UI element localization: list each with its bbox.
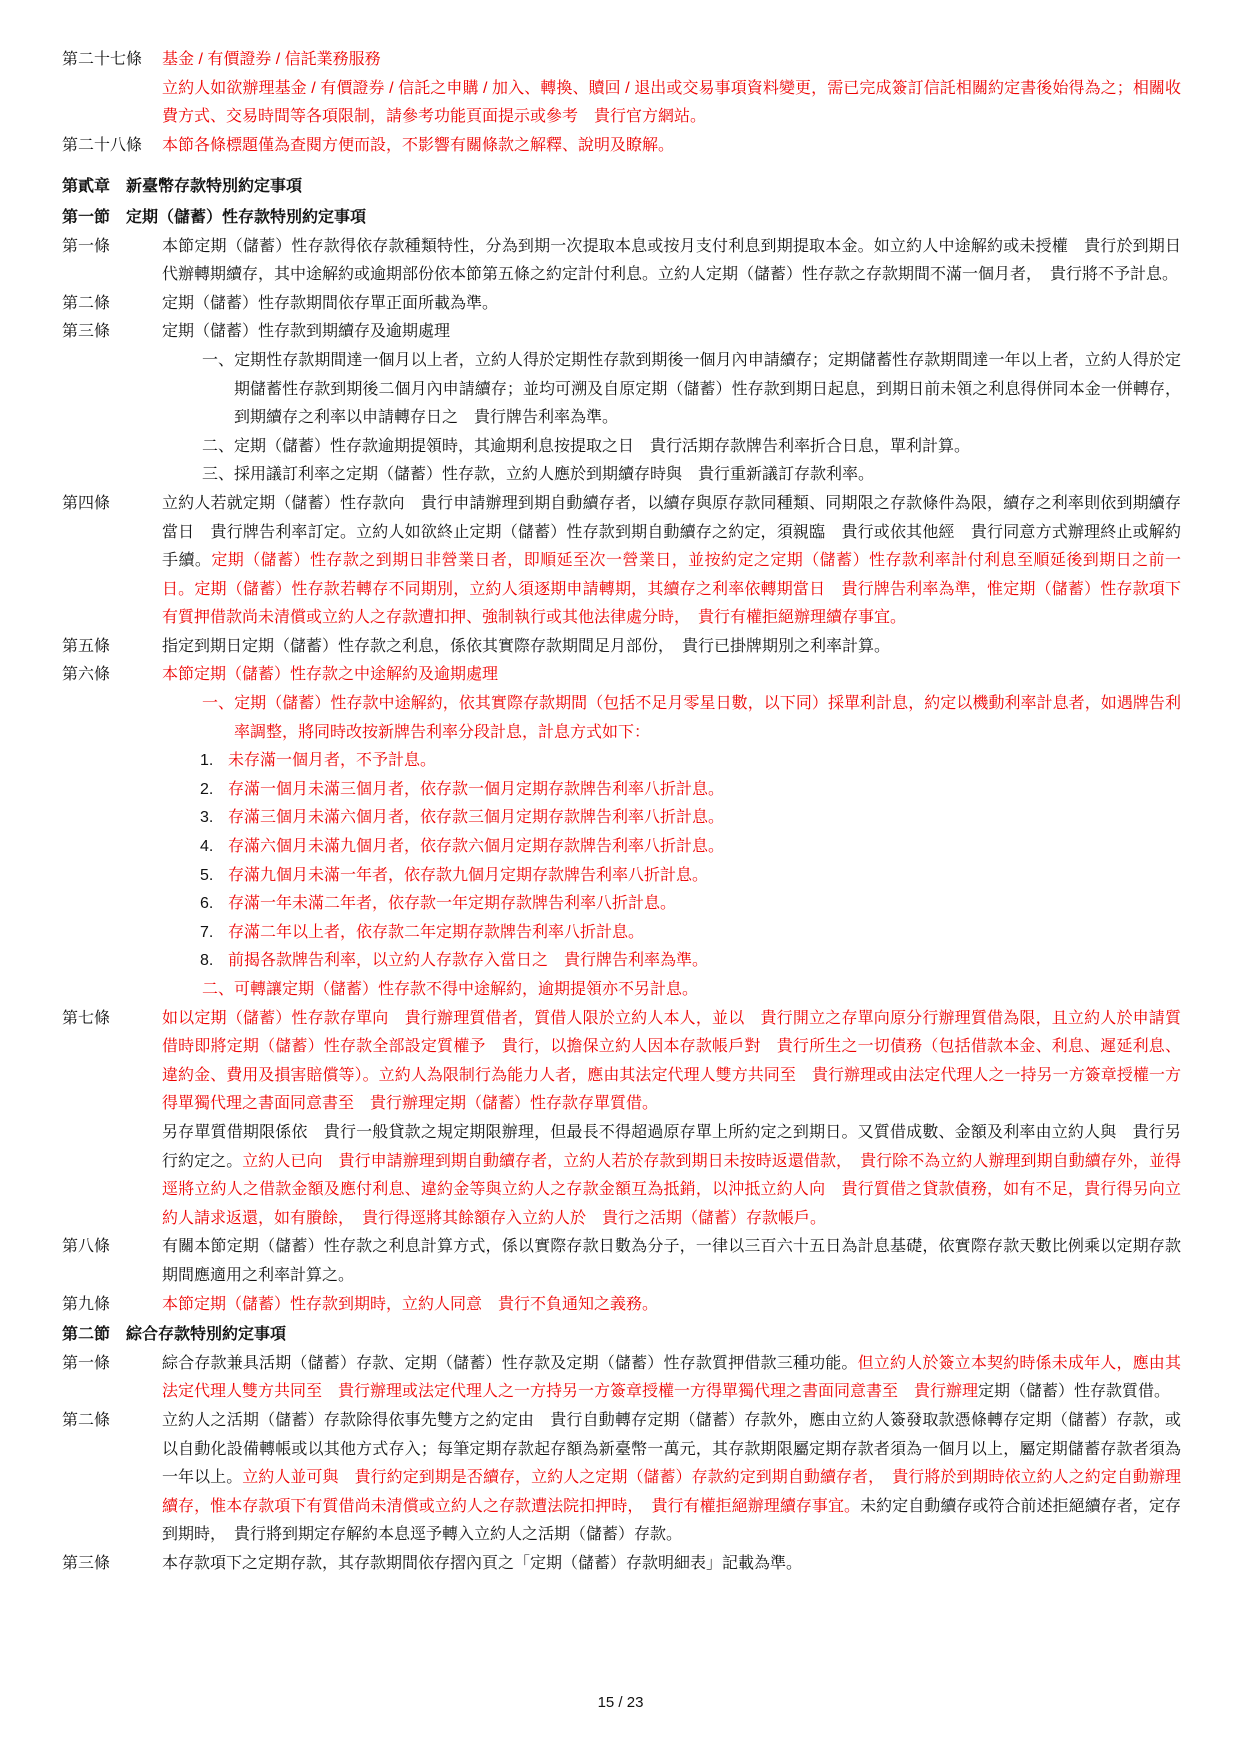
article-text: 一、定期性存款期間達一個月以上者，立約人得於定期性存款到期後一個月內申請續存；定… [162, 347, 1181, 433]
article-label: 第三條 [62, 318, 162, 347]
section-heading: 第一節定期（儲蓄）性存款特別約定事項 [62, 204, 1181, 233]
list-item: 三、採用議訂利率之定期（儲蓄）性存款，立約人應於到期續存時與 貴行重新議訂存款利… [62, 461, 1181, 490]
text-segment: 基金 / 有價證券 / 信託業務服務 [162, 51, 381, 68]
numbered-item: 2.存滿一個月未滿三個月者，依存款一個月定期存款牌告利率八折計息。 [62, 776, 1181, 805]
list-number: 8. [200, 947, 228, 976]
list-number: 2. [200, 776, 228, 805]
article-text: 另存單質借期限係依 貴行一般貸款之規定期限辦理，但最長不得超過原存單上所約定之到… [162, 1119, 1181, 1233]
article-text: 立約人之活期（儲蓄）存款除得依事先雙方之約定由 貴行自動轉存定期（儲蓄）存款外，… [162, 1407, 1181, 1550]
article-text: 本節定期（儲蓄）性存款得依存款種類特性，分為到期一次提取本息或按月支付利息到期提… [162, 233, 1181, 290]
article-label [62, 747, 162, 776]
article-paragraph: 立約人如欲辦理基金 / 有價證券 / 信託之申購 / 加入、轉換、贖回 / 退出… [62, 75, 1181, 132]
numbered-item: 6.存滿一年未滿二年者，依存款一年定期存款牌告利率八折計息。 [62, 890, 1181, 919]
article-row: 第二十七條基金 / 有價證券 / 信託業務服務 [62, 46, 1181, 75]
text-segment: 本節定期（儲蓄）性存款到期時，立約人同意 貴行不負通知之義務。 [162, 1296, 658, 1313]
text-segment: 立約人如欲辦理基金 / 有價證券 / 信託之申購 / 加入、轉換、贖回 / 退出… [162, 80, 1181, 126]
article-text: 本節定期（儲蓄）性存款之中途解約及逾期處理 [162, 661, 1181, 690]
article-text: 二、可轉讓定期（儲蓄）性存款不得中途解約，逾期提領亦不另計息。 [162, 976, 1181, 1005]
article-label: 第四條 [62, 490, 162, 633]
article-row: 第二條定期（儲蓄）性存款期間依存單正面所載為準。 [62, 290, 1181, 319]
text-segment: 本節定期（儲蓄）性存款之中途解約及逾期處理 [162, 666, 498, 683]
text-segment: 如以定期（儲蓄）性存款存單向 貴行辦理質借者，質借人限於立約人本人，並以 貴行開… [162, 1010, 1181, 1113]
text-segment: 存滿二年以上者，依存款二年定期存款牌告利率八折計息。 [228, 924, 644, 941]
list-number: 6. [200, 890, 228, 919]
list-item: 一、定期（儲蓄）性存款中途解約，依其實際存款期間（包括不足月零星日數，以下同）採… [62, 690, 1181, 747]
text-segment: 存滿六個月未滿九個月者，依存款六個月定期存款牌告利率八折計息。 [228, 838, 724, 855]
article-label: 第二條 [62, 1407, 162, 1550]
article-label [62, 461, 162, 490]
document-blocks: 第二十七條基金 / 有價證券 / 信託業務服務立約人如欲辦理基金 / 有價證券 … [62, 46, 1181, 1578]
numbered-item: 7.存滿二年以上者，依存款二年定期存款牌告利率八折計息。 [62, 919, 1181, 948]
list-item: 一、定期性存款期間達一個月以上者，立約人得於定期性存款到期後一個月內申請續存；定… [62, 347, 1181, 433]
text-segment: 指定到期日定期（儲蓄）性存款之利息，係依其實際存款期間足月部份， 貴行已掛牌期別… [162, 638, 890, 655]
article-label: 第九條 [62, 1291, 162, 1320]
article-label: 第三條 [62, 1550, 162, 1579]
article-label: 第一條 [62, 233, 162, 290]
article-label [62, 919, 162, 948]
article-label [62, 75, 162, 132]
article-row: 第九條本節定期（儲蓄）性存款到期時，立約人同意 貴行不負通知之義務。 [62, 1291, 1181, 1320]
numbered-item: 3.存滿三個月未滿六個月者，依存款三個月定期存款牌告利率八折計息。 [62, 804, 1181, 833]
article-text: 3.存滿三個月未滿六個月者，依存款三個月定期存款牌告利率八折計息。 [162, 804, 1181, 833]
text-segment: 存滿一年未滿二年者，依存款一年定期存款牌告利率八折計息。 [228, 895, 676, 912]
article-text: 綜合存款特別約定事項 [126, 1321, 1181, 1350]
article-label: 第七條 [62, 1005, 162, 1119]
article-text: 立約人若就定期（儲蓄）性存款向 貴行申請辦理到期自動續存者，以續存與原存款同種類… [162, 490, 1181, 633]
article-row: 第三條本存款項下之定期存款，其存款期間依存摺內頁之「定期（儲蓄）存款明細表」記載… [62, 1550, 1181, 1579]
article-row: 第二條立約人之活期（儲蓄）存款除得依事先雙方之約定由 貴行自動轉存定期（儲蓄）存… [62, 1407, 1181, 1550]
article-label [62, 976, 162, 1005]
article-row: 第六條本節定期（儲蓄）性存款之中途解約及逾期處理 [62, 661, 1181, 690]
document-page: 第二十七條基金 / 有價證券 / 信託業務服務立約人如欲辦理基金 / 有價證券 … [0, 0, 1241, 1754]
article-label [62, 776, 162, 805]
list-item: 二、可轉讓定期（儲蓄）性存款不得中途解約，逾期提領亦不另計息。 [62, 976, 1181, 1005]
article-label [62, 433, 162, 462]
text-segment: 新臺幣存款特別約定事項 [126, 178, 302, 195]
article-label: 第二十八條 [62, 132, 162, 161]
chapter-heading: 第貳章新臺幣存款特別約定事項 [62, 173, 1181, 202]
article-row: 第八條有關本節定期（儲蓄）性存款之利息計算方式，係以實際存款日數為分子，一律以三… [62, 1233, 1181, 1290]
text-segment: 本節定期（儲蓄）性存款得依存款種類特性，分為到期一次提取本息或按月支付利息到期提… [162, 238, 1181, 284]
page-footer: 15 / 23 [0, 1689, 1241, 1718]
article-text: 立約人如欲辦理基金 / 有價證券 / 信託之申購 / 加入、轉換、贖回 / 退出… [162, 75, 1181, 132]
article-label: 第一節 [62, 204, 126, 233]
article-label [62, 947, 162, 976]
list-number: 4. [200, 833, 228, 862]
article-text: 1.未存滿一個月者，不予計息。 [162, 747, 1181, 776]
article-text: 定期（儲蓄）性存款到期續存及逾期處理 [162, 318, 1181, 347]
text-segment: 存滿九個月未滿一年者，依存款九個月定期存款牌告利率八折計息。 [228, 867, 708, 884]
article-label: 第一條 [62, 1350, 162, 1407]
text-segment: 一、定期性存款期間達一個月以上者，立約人得於定期性存款到期後一個月內申請續存；定… [202, 352, 1181, 426]
article-text: 綜合存款兼具活期（儲蓄）存款、定期（儲蓄）性存款及定期（儲蓄）性存款質押借款三種… [162, 1350, 1181, 1407]
text-segment: 三、採用議訂利率之定期（儲蓄）性存款，立約人應於到期續存時與 貴行重新議訂存款利… [202, 466, 874, 483]
article-row: 第二十八條本節各條標題僅為查閱方便而設，不影響有關條款之解釋、說明及瞭解。 [62, 132, 1181, 161]
numbered-item: 5.存滿九個月未滿一年者，依存款九個月定期存款牌告利率八折計息。 [62, 862, 1181, 891]
article-label [62, 833, 162, 862]
article-text: 2.存滿一個月未滿三個月者，依存款一個月定期存款牌告利率八折計息。 [162, 776, 1181, 805]
article-label: 第貳章 [62, 173, 126, 202]
article-text: 8.前揭各款牌告利率，以立約人存款存入當日之 貴行牌告利率為準。 [162, 947, 1181, 976]
article-text: 本節各條標題僅為查閱方便而設，不影響有關條款之解釋、說明及瞭解。 [162, 132, 1181, 161]
article-text: 5.存滿九個月未滿一年者，依存款九個月定期存款牌告利率八折計息。 [162, 862, 1181, 891]
text-segment: 定期（儲蓄）性存款質借。 [978, 1383, 1170, 1400]
article-text: 基金 / 有價證券 / 信託業務服務 [162, 46, 1181, 75]
list-item: 二、定期（儲蓄）性存款逾期提領時，其逾期利息按提取之日 貴行活期存款牌告利率折合… [62, 433, 1181, 462]
article-label [62, 690, 162, 747]
article-label: 第五條 [62, 633, 162, 662]
article-label [62, 804, 162, 833]
article-label [62, 1119, 162, 1233]
article-row: 第一條綜合存款兼具活期（儲蓄）存款、定期（儲蓄）性存款及定期（儲蓄）性存款質押借… [62, 1350, 1181, 1407]
text-segment: 綜合存款兼具活期（儲蓄）存款、定期（儲蓄）性存款及定期（儲蓄）性存款質押借款三種… [162, 1355, 858, 1372]
text-segment: 存滿一個月未滿三個月者，依存款一個月定期存款牌告利率八折計息。 [228, 781, 724, 798]
numbered-item: 8.前揭各款牌告利率，以立約人存款存入當日之 貴行牌告利率為準。 [62, 947, 1181, 976]
text-segment: 二、定期（儲蓄）性存款逾期提領時，其逾期利息按提取之日 貴行活期存款牌告利率折合… [202, 438, 970, 455]
article-row: 第五條指定到期日定期（儲蓄）性存款之利息，係依其實際存款期間足月部份， 貴行已掛… [62, 633, 1181, 662]
article-label [62, 862, 162, 891]
list-number: 1. [200, 747, 228, 776]
article-text: 新臺幣存款特別約定事項 [126, 173, 1181, 202]
article-row: 第七條如以定期（儲蓄）性存款存單向 貴行辦理質借者，質借人限於立約人本人，並以 … [62, 1005, 1181, 1119]
article-text: 本節定期（儲蓄）性存款到期時，立約人同意 貴行不負通知之義務。 [162, 1291, 1181, 1320]
article-label [62, 890, 162, 919]
text-segment: 本節各條標題僅為查閱方便而設，不影響有關條款之解釋、說明及瞭解。 [162, 137, 674, 154]
article-text: 4.存滿六個月未滿九個月者，依存款六個月定期存款牌告利率八折計息。 [162, 833, 1181, 862]
text-segment: 定期（儲蓄）性存款到期續存及逾期處理 [162, 323, 450, 340]
text-segment: 存滿三個月未滿六個月者，依存款三個月定期存款牌告利率八折計息。 [228, 809, 724, 826]
text-segment: 立約人已向 貴行申請辦理到期自動續存者，立約人若於存款到期日未按時返還借款， 貴… [162, 1153, 1181, 1227]
text-segment: 本存款項下之定期存款，其存款期間依存摺內頁之「定期（儲蓄）存款明細表」記載為準。 [162, 1555, 802, 1572]
article-label: 第六條 [62, 661, 162, 690]
numbered-item: 4.存滿六個月未滿九個月者，依存款六個月定期存款牌告利率八折計息。 [62, 833, 1181, 862]
list-number: 3. [200, 804, 228, 833]
article-text: 本存款項下之定期存款，其存款期間依存摺內頁之「定期（儲蓄）存款明細表」記載為準。 [162, 1550, 1181, 1579]
article-label: 第二節 [62, 1321, 126, 1350]
article-paragraph: 另存單質借期限係依 貴行一般貸款之規定期限辦理，但最長不得超過原存單上所約定之到… [62, 1119, 1181, 1233]
article-row: 第四條立約人若就定期（儲蓄）性存款向 貴行申請辦理到期自動續存者，以續存與原存款… [62, 490, 1181, 633]
text-segment: 有關本節定期（儲蓄）性存款之利息計算方式，係以實際存款日數為分子，一律以三百六十… [162, 1238, 1181, 1284]
article-label [62, 347, 162, 433]
article-text: 指定到期日定期（儲蓄）性存款之利息，係依其實際存款期間足月部份， 貴行已掛牌期別… [162, 633, 1181, 662]
text-segment: 定期（儲蓄）性存款之到期日非營業日者，即順延至次一營業日，並按約定之定期（儲蓄）… [162, 552, 1181, 626]
text-segment: 未存滿一個月者，不予計息。 [228, 752, 436, 769]
text-segment: 綜合存款特別約定事項 [126, 1326, 286, 1343]
article-text: 三、採用議訂利率之定期（儲蓄）性存款，立約人應於到期續存時與 貴行重新議訂存款利… [162, 461, 1181, 490]
article-row: 第三條定期（儲蓄）性存款到期續存及逾期處理 [62, 318, 1181, 347]
text-segment: 前揭各款牌告利率，以立約人存款存入當日之 貴行牌告利率為準。 [228, 952, 708, 969]
text-segment: 定期（儲蓄）性存款期間依存單正面所載為準。 [162, 295, 498, 312]
article-label: 第二十七條 [62, 46, 162, 75]
article-label: 第八條 [62, 1233, 162, 1290]
article-row: 第一條本節定期（儲蓄）性存款得依存款種類特性，分為到期一次提取本息或按月支付利息… [62, 233, 1181, 290]
article-text: 定期（儲蓄）性存款期間依存單正面所載為準。 [162, 290, 1181, 319]
page-number: 15 / 23 [598, 1694, 644, 1711]
list-number: 5. [200, 862, 228, 891]
article-text: 如以定期（儲蓄）性存款存單向 貴行辦理質借者，質借人限於立約人本人，並以 貴行開… [162, 1005, 1181, 1119]
numbered-item: 1.未存滿一個月者，不予計息。 [62, 747, 1181, 776]
list-number: 7. [200, 919, 228, 948]
article-label: 第二條 [62, 290, 162, 319]
article-text: 有關本節定期（儲蓄）性存款之利息計算方式，係以實際存款日數為分子，一律以三百六十… [162, 1233, 1181, 1290]
article-text: 一、定期（儲蓄）性存款中途解約，依其實際存款期間（包括不足月零星日數，以下同）採… [162, 690, 1181, 747]
text-segment: 二、可轉讓定期（儲蓄）性存款不得中途解約，逾期提領亦不另計息。 [202, 981, 698, 998]
article-text: 二、定期（儲蓄）性存款逾期提領時，其逾期利息按提取之日 貴行活期存款牌告利率折合… [162, 433, 1181, 462]
section-heading: 第二節綜合存款特別約定事項 [62, 1321, 1181, 1350]
article-text: 6.存滿一年未滿二年者，依存款一年定期存款牌告利率八折計息。 [162, 890, 1181, 919]
text-segment: 一、定期（儲蓄）性存款中途解約，依其實際存款期間（包括不足月零星日數，以下同）採… [202, 695, 1181, 741]
article-text: 7.存滿二年以上者，依存款二年定期存款牌告利率八折計息。 [162, 919, 1181, 948]
article-text: 定期（儲蓄）性存款特別約定事項 [126, 204, 1181, 233]
text-segment: 定期（儲蓄）性存款特別約定事項 [126, 209, 366, 226]
